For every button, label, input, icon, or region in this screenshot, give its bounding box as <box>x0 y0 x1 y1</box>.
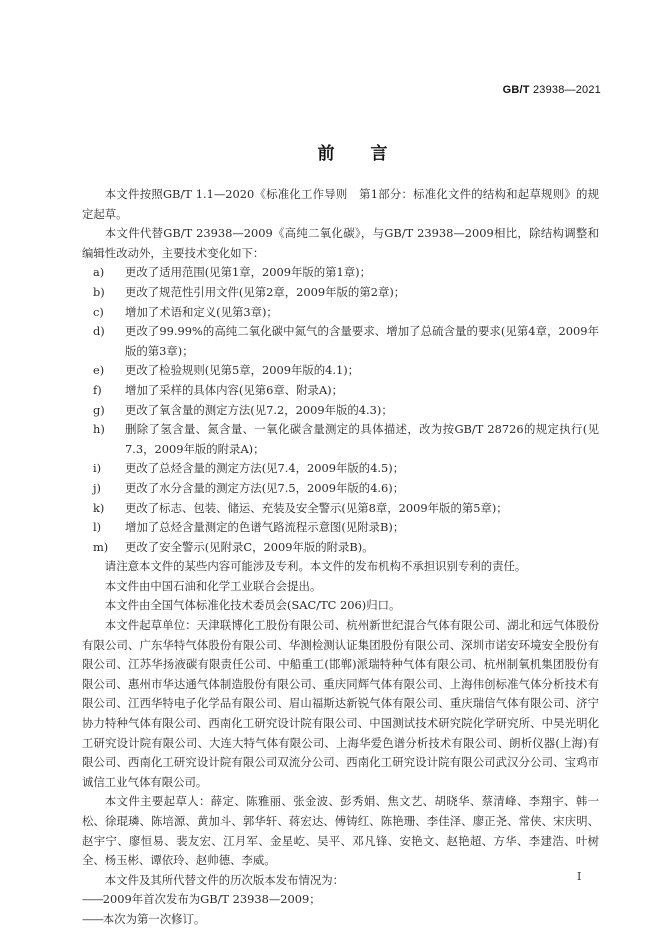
list-marker: a) <box>93 263 104 283</box>
list-item-text: 更改了检验规则(见第5章，2009年版的4.1)； <box>125 363 359 377</box>
list-item-text: 删除了氢含量、氮含量、一氧化碳含量测定的具体描述，改为按GB/T 28726的规… <box>125 422 599 456</box>
list-item-text: 更改了总烃含量的测定方法(见7.4，2009年版的4.5)； <box>125 461 404 475</box>
list-marker: c) <box>93 303 104 323</box>
foreword-body: 本文件按照GB/T 1.1—2020《标准化工作导则 第1部分：标准化文件的结构… <box>82 185 599 930</box>
list-item: j)更改了水分含量的测定方法(见7.5，2009年版的4.6)； <box>82 479 599 499</box>
paragraph-proposed-by: 本文件由中国石油和化学工业联合会提出。 <box>82 577 599 597</box>
list-item: d)更改了99.99%的高纯二氧化碳中氮气的含量要求、增加了总硫含量的要求(见第… <box>82 322 599 361</box>
list-item: g)更改了氧含量的测定方法(见7.2，2009年版的4.3)； <box>82 401 599 421</box>
history-item-text: 2009年首次发布为GB/T 23938—2009； <box>103 892 321 906</box>
paragraph-drafters: 本文件主要起草人：薛定、陈雅丽、张金波、彭秀娟、焦文艺、胡晓华、蔡清峰、李翔宇、… <box>82 792 599 870</box>
history-item-text: 本次为第一次修订。 <box>103 912 206 926</box>
list-marker: g) <box>93 401 105 421</box>
history-item: ——本次为第一次修订。 <box>82 910 599 930</box>
paragraph-drafting-units: 本文件起草单位：天津联博化工股份有限公司、杭州新世纪混合气体有限公司、湖北和远气… <box>82 616 599 792</box>
list-item-text: 更改了标志、包装、储运、充装及安全警示(见第8章，2009年版的第5章)； <box>125 501 508 515</box>
list-item: f)增加了采样的具体内容(见第6章、附录A)； <box>82 381 599 401</box>
list-marker: b) <box>93 283 105 303</box>
em-dash: —— <box>82 912 103 926</box>
list-item-text: 增加了术语和定义(见第3章)； <box>125 305 278 319</box>
standard-prefix: GB/T <box>503 84 530 96</box>
list-item: h)删除了氢含量、氮含量、一氧化碳含量测定的具体描述，改为按GB/T 28726… <box>82 420 599 459</box>
list-item: k)更改了标志、包装、储运、充装及安全警示(见第8章，2009年版的第5章)； <box>82 499 599 519</box>
list-marker: j) <box>93 479 101 499</box>
list-marker: f) <box>93 381 102 401</box>
list-marker: e) <box>93 361 104 381</box>
paragraph-replacement: 本文件代替GB/T 23938—2009《高纯二氧化碳》，与GB/T 23938… <box>82 224 599 263</box>
page-title: 前言 <box>0 139 669 164</box>
list-item: b)更改了规范性引用文件(见第2章，2009年版的第2章)； <box>82 283 599 303</box>
list-marker: k) <box>93 499 104 519</box>
standard-code: GB/T 23938—2021 <box>503 84 601 96</box>
list-marker: h) <box>93 420 105 440</box>
list-item: c)增加了术语和定义(见第3章)； <box>82 303 599 323</box>
history-item: ——2009年首次发布为GB/T 23938—2009； <box>82 890 599 910</box>
list-item-text: 更改了99.99%的高纯二氧化碳中氮气的含量要求、增加了总硫含量的要求(见第4章… <box>125 324 599 358</box>
em-dash: —— <box>82 892 103 906</box>
list-item-text: 更改了适用范围(见第1章，2009年版的第1章)； <box>125 265 371 279</box>
list-item: l)增加了总烃含量测定的色谱气路流程示意图(见附录B)； <box>82 518 599 538</box>
list-item-text: 更改了氧含量的测定方法(见7.2，2009年版的4.3)； <box>125 403 393 417</box>
paragraph-managed-by: 本文件由全国气体标准化技术委员会(SAC/TC 206)归口。 <box>82 596 599 616</box>
paragraph-drafting-basis: 本文件按照GB/T 1.1—2020《标准化工作导则 第1部分：标准化文件的结构… <box>82 185 599 224</box>
list-item-text: 增加了采样的具体内容(见第6章、附录A)； <box>125 383 343 397</box>
list-item-text: 更改了规范性引用文件(见第2章，2009年版的第2章)； <box>125 285 405 299</box>
list-item: i)更改了总烃含量的测定方法(见7.4，2009年版的4.5)； <box>82 459 599 479</box>
list-item-text: 增加了总烃含量测定的色谱气路流程示意图(见附录B)； <box>125 520 404 534</box>
list-item: a)更改了适用范围(见第1章，2009年版的第1章)； <box>82 263 599 283</box>
paragraph-history-intro: 本文件及其所代替文件的历次版本发布情况为： <box>82 871 599 891</box>
list-marker: d) <box>93 322 105 342</box>
changes-list: a)更改了适用范围(见第1章，2009年版的第1章)； b)更改了规范性引用文件… <box>82 263 599 557</box>
list-item-text: 更改了水分含量的测定方法(见7.5，2009年版的4.6)； <box>125 481 404 495</box>
list-item: e)更改了检验规则(见第5章，2009年版的4.1)； <box>82 361 599 381</box>
list-marker: i) <box>93 459 101 479</box>
list-marker: m) <box>93 538 108 558</box>
standard-number: 23938—2021 <box>533 84 601 96</box>
list-marker: l) <box>93 518 101 538</box>
paragraph-patent-notice: 请注意本文件的某些内容可能涉及专利。本文件的发布机构不承担识别专利的责任。 <box>82 557 599 577</box>
list-item-text: 更改了安全警示(见附录C，2009年版的附录B)。 <box>125 540 374 554</box>
list-item: m)更改了安全警示(见附录C，2009年版的附录B)。 <box>82 538 599 558</box>
page-number: I <box>577 870 581 883</box>
